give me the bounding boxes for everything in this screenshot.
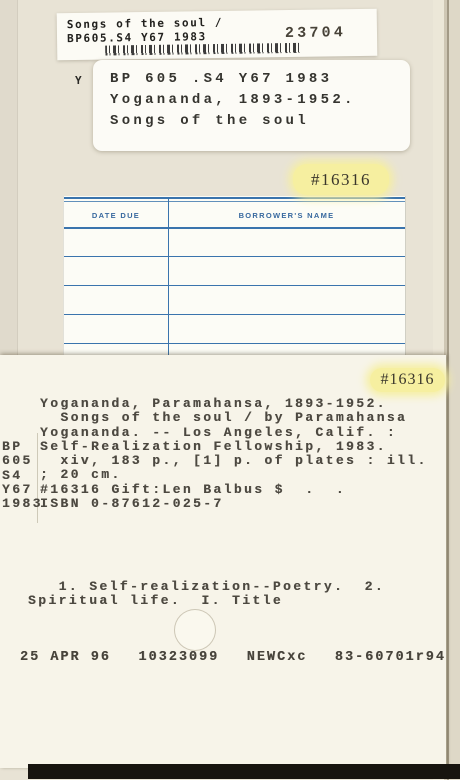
call-number-line: 605 [2, 453, 33, 468]
body-line: ISBN 0-87612-025-7 [40, 496, 224, 511]
date-due-row-rule [64, 343, 405, 344]
date-due-row-rule [64, 256, 405, 257]
date-due-card: DATE DUE BORROWER'S NAME [63, 196, 406, 366]
footer-date-stamp: 25 APR 96 [20, 650, 111, 665]
spine-label: Songs of the soul / BP605.S4 Y67 1983 23… [57, 9, 378, 60]
call-card-line-1: BP 605 .S4 Y67 1983 [110, 71, 332, 87]
call-number-line: BP [2, 439, 22, 454]
page-left-edge [0, 0, 18, 356]
subject-tracings: 1. Self-realization--Poetry. 2.Spiritual… [28, 580, 385, 609]
call-number-card-text: BP 605 .S4 Y67 1983Yogananda, 1893-1952.… [110, 69, 356, 132]
footer-lc-card-number: 83-60701r94 [335, 650, 446, 665]
call-card-line-3: Songs of the soul [110, 113, 309, 129]
body-line: xiv, 183 p., [1] p. of plates : ill. [40, 453, 428, 468]
date-due-header-rule [64, 227, 405, 229]
date-due-top-rule [64, 197, 405, 199]
body-line: Yogananda. -- Los Angeles, Calif. : [40, 425, 397, 440]
catalog-card: #16316 BP605S4Y671983 Yogananda, Paramah… [0, 355, 446, 768]
date-due-column-divider [168, 197, 169, 366]
footer-record-number: 10323099 [138, 650, 219, 665]
body-line: Songs of the soul / by Paramahansa [40, 410, 407, 425]
body-line: Self-Realization Fellowship, 1983. [40, 439, 387, 454]
call-number-line: Y67 [2, 482, 33, 497]
body-line: ; 20 cm. [40, 467, 122, 482]
spine-label-call-number: BP605.S4 Y67 1983 [67, 30, 207, 45]
date-due-column-header: DATE DUE [64, 211, 168, 220]
behind-card-letter: Y [75, 74, 82, 87]
barcode [105, 43, 300, 56]
gift-tag-upper: #16316 [293, 164, 389, 195]
date-due-row-rule [64, 314, 405, 315]
call-number-line: S4 [2, 468, 22, 483]
gift-tag-lower: #16316 [370, 368, 445, 392]
date-due-top-rule-2 [64, 201, 405, 202]
tracings-line: 1. Self-realization--Poetry. 2. [28, 579, 385, 594]
scan-edge-bar [28, 764, 460, 779]
catalog-entry-body: Yogananda, Paramahansa, 1893-1952. Songs… [40, 397, 428, 511]
date-due-row-rule [64, 285, 405, 286]
call-number-line: 1983 [2, 496, 43, 511]
catalog-footer: 25 APR 96 10323099 NEWCxc 83-60701r94 [20, 650, 446, 665]
accession-number: 23704 [285, 24, 346, 42]
body-line: #16316 Gift:Len Balbus $ . . [40, 482, 346, 497]
punch-hole [174, 609, 216, 651]
footer-location-code: NEWCxc [247, 650, 308, 665]
borrower-name-column-header: BORROWER'S NAME [168, 211, 405, 220]
call-number-column: BP605S4Y671983 [2, 440, 43, 511]
spine-label-title: Songs of the soul / [67, 16, 223, 31]
call-number-card: BP 605 .S4 Y67 1983Yogananda, 1893-1952.… [93, 60, 410, 151]
body-line: Yogananda, Paramahansa, 1893-1952. [40, 396, 387, 411]
call-card-line-2: Yogananda, 1893-1952. [110, 92, 356, 108]
tracings-line: Spiritual life. I. Title [28, 593, 283, 608]
